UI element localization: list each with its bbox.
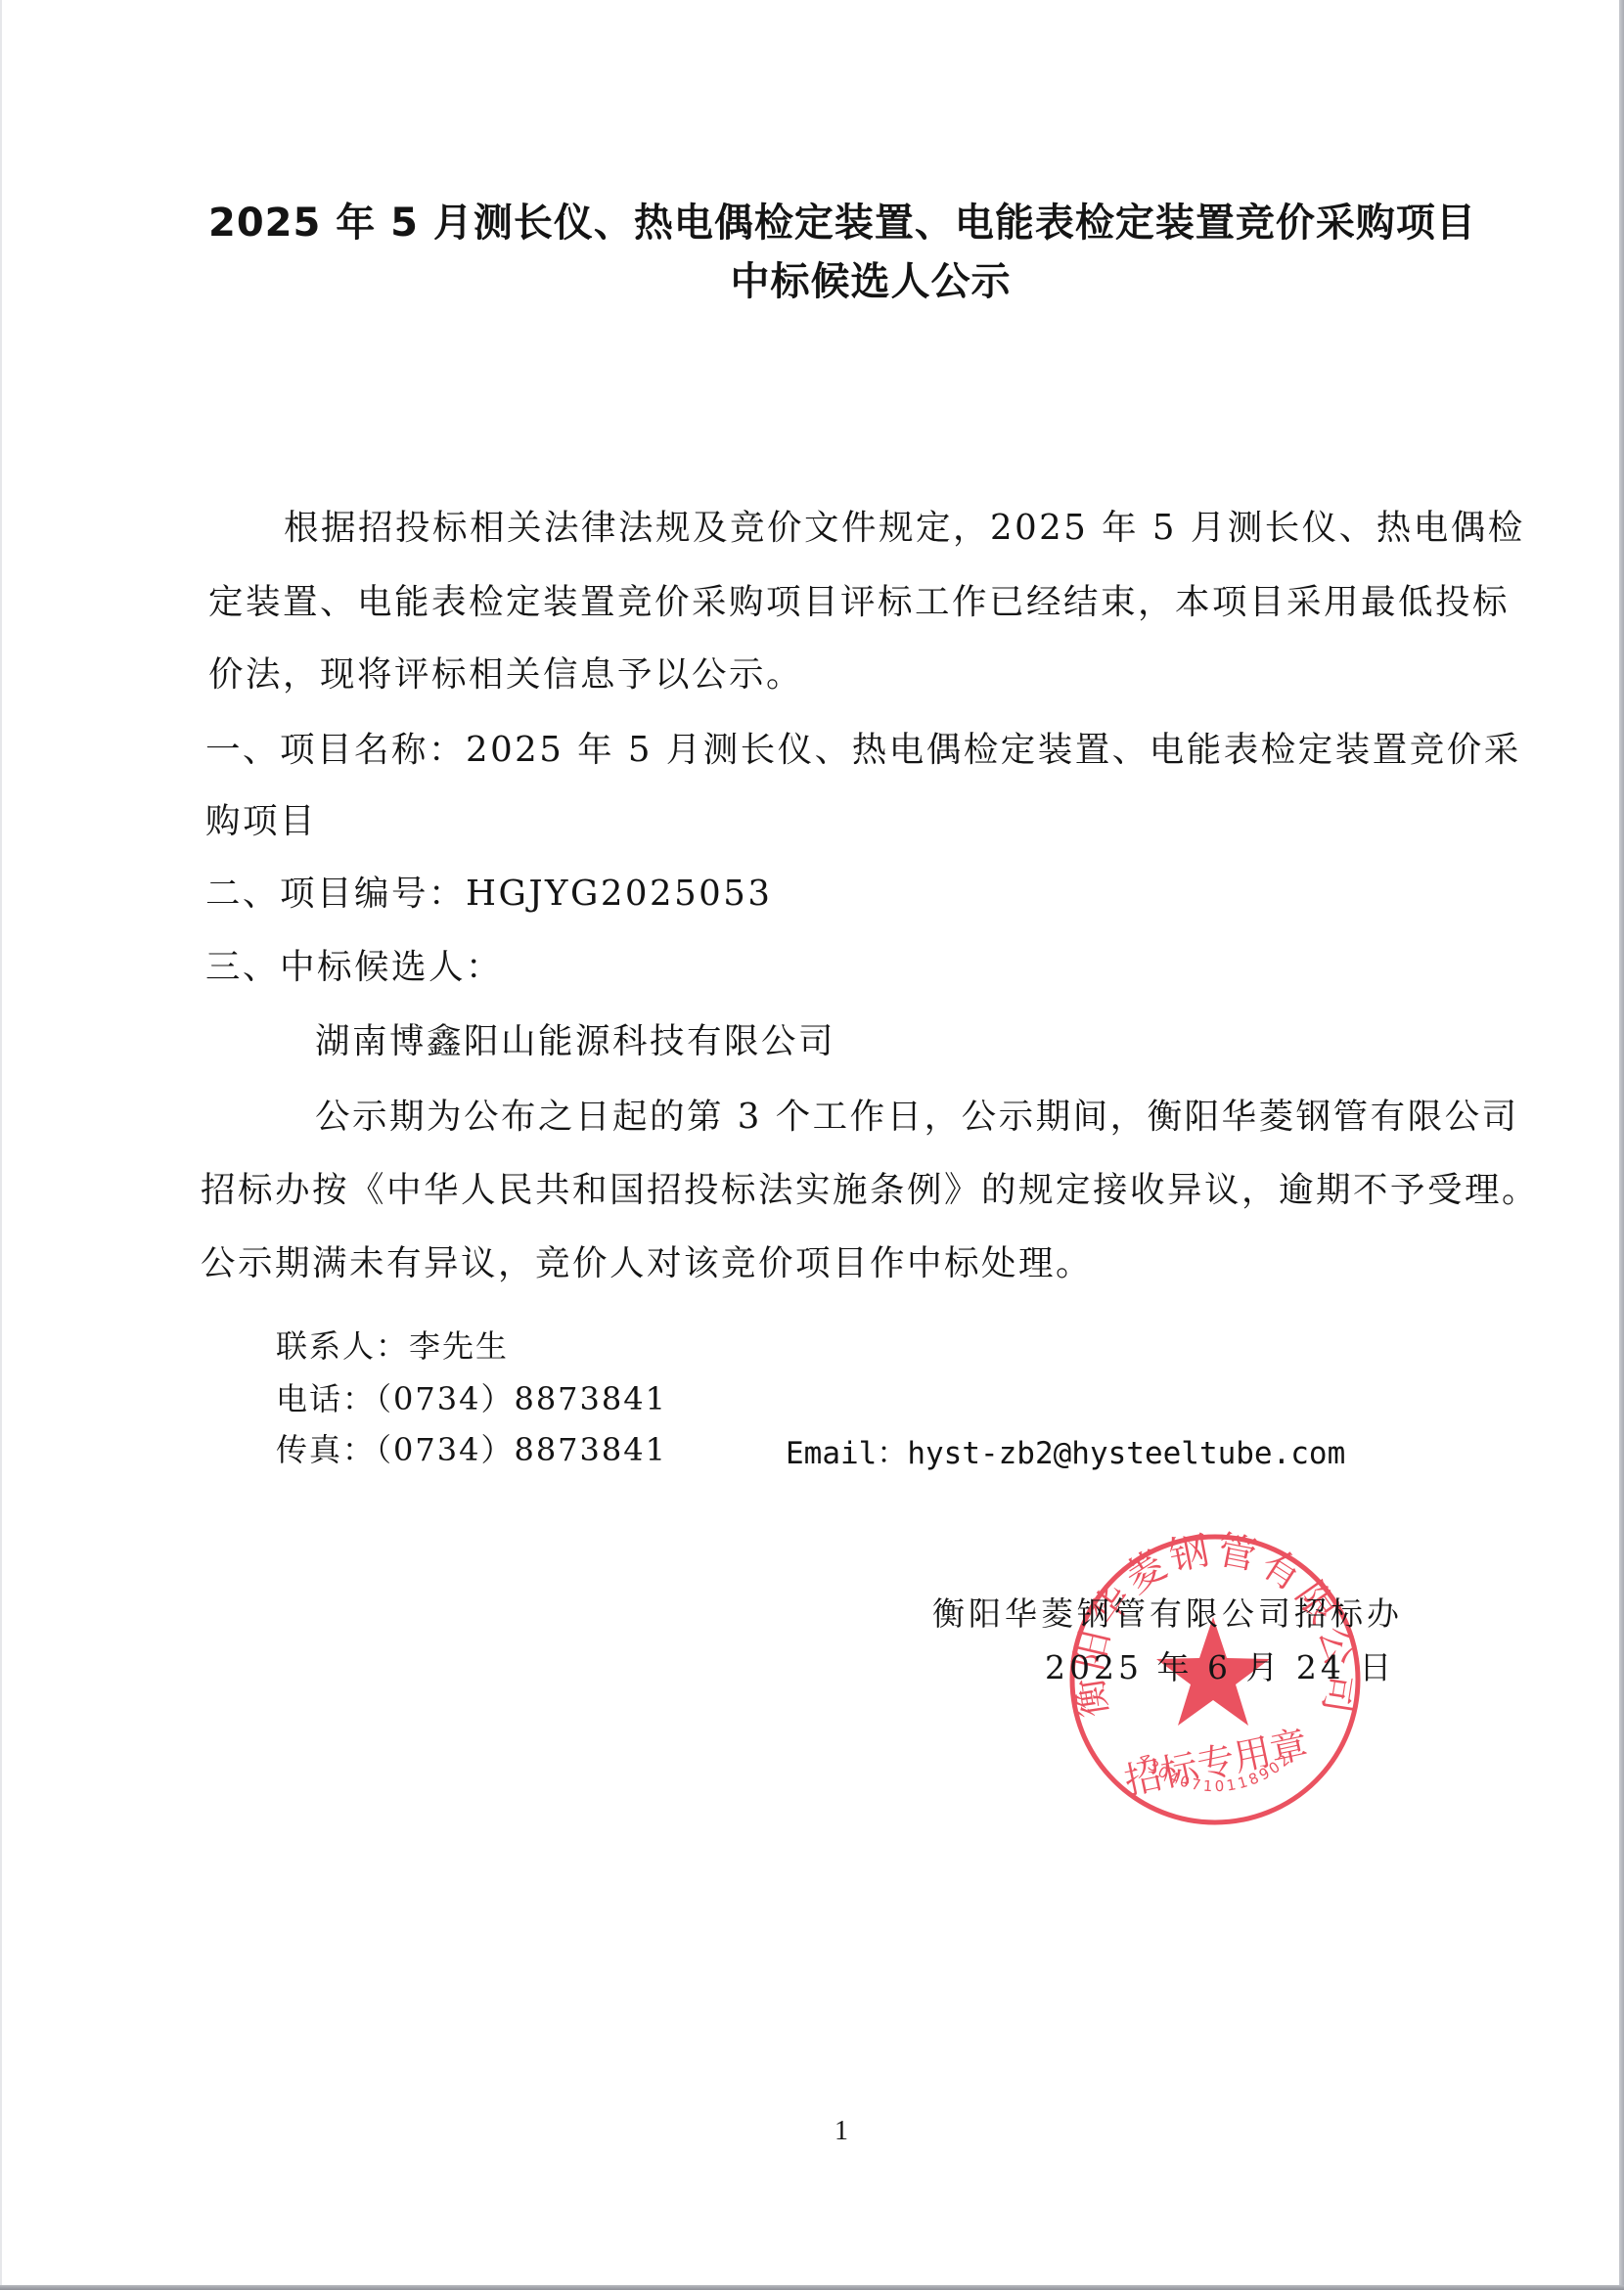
contact-person-value: 李先生 <box>409 1327 509 1365</box>
intro-line-1: 根据招投标相关法律法规及竞价文件规定，2025 年 5 月测长仪、热电偶检 <box>284 507 1525 550</box>
document-title-line1: 2025 年 5 月测长仪、热电偶检定装置、电能表检定装置竞价采购项目 <box>208 192 1519 247</box>
contact-fax: 传真：（0734）8873841 <box>276 1430 667 1469</box>
contact-fax-label: 传真： <box>276 1431 376 1468</box>
winning-candidate: 湖南博鑫阳山能源科技有限公司 <box>315 1020 835 1063</box>
document-title-line2: 中标候选人公示 <box>0 250 1624 306</box>
intro-line-2: 定装置、电能表检定装置竞价采购项目评标工作已经结束，本项目采用最低投标 <box>208 581 1510 624</box>
section-project-number: 二、项目编号：HGJYG2025053 <box>205 873 772 916</box>
contact-email-value[interactable]: hyst-zb2@hysteeltube.com <box>907 1436 1345 1471</box>
contact-phone-value: （0734）8873841 <box>376 1380 667 1417</box>
contact-person: 联系人：李先生 <box>276 1326 509 1366</box>
contact-email: Email：hyst-zb2@hysteeltube.com <box>786 1434 1345 1473</box>
section-candidate-heading: 三、中标候选人： <box>205 946 503 989</box>
notice-line-2: 招标办按《中华人民共和国招投标法实施条例》的规定接收异议，逾期不予受理。 <box>201 1169 1539 1212</box>
contact-fax-value: （0734）8873841 <box>376 1431 667 1468</box>
section-project-name-cont: 购项目 <box>205 800 317 843</box>
scan-edge-bottom <box>0 2285 1624 2290</box>
signature-date: 2025 年 6 月 24 日 <box>1045 1646 1395 1689</box>
page-number: 1 <box>835 2116 848 2147</box>
contact-phone: 电话：（0734）8873841 <box>276 1379 667 1418</box>
notice-line-3: 公示期满未有异议，竞价人对该竞价项目作中标处理。 <box>201 1242 1093 1285</box>
signature-organization: 衡阳华菱钢管有限公司招标办 <box>932 1593 1403 1636</box>
intro-line-3: 价法，现将评标相关信息予以公示。 <box>208 653 803 696</box>
document-page: 2025 年 5 月测长仪、热电偶检定装置、电能表检定装置竞价采购项目 中标候选… <box>0 0 1624 2290</box>
contact-person-label: 联系人： <box>276 1327 409 1365</box>
contact-email-label: Email： <box>786 1436 907 1471</box>
section-project-name: 一、项目名称：2025 年 5 月测长仪、热电偶检定装置、电能表检定装置竞价采 <box>205 729 1521 772</box>
notice-line-1: 公示期为公布之日起的第 3 个工作日，公示期间，衡阳华菱钢管有限公司 <box>315 1096 1519 1139</box>
contact-phone-label: 电话： <box>276 1380 376 1417</box>
scan-edge-right <box>1619 0 1624 2290</box>
scan-edge-left <box>0 0 2 2290</box>
